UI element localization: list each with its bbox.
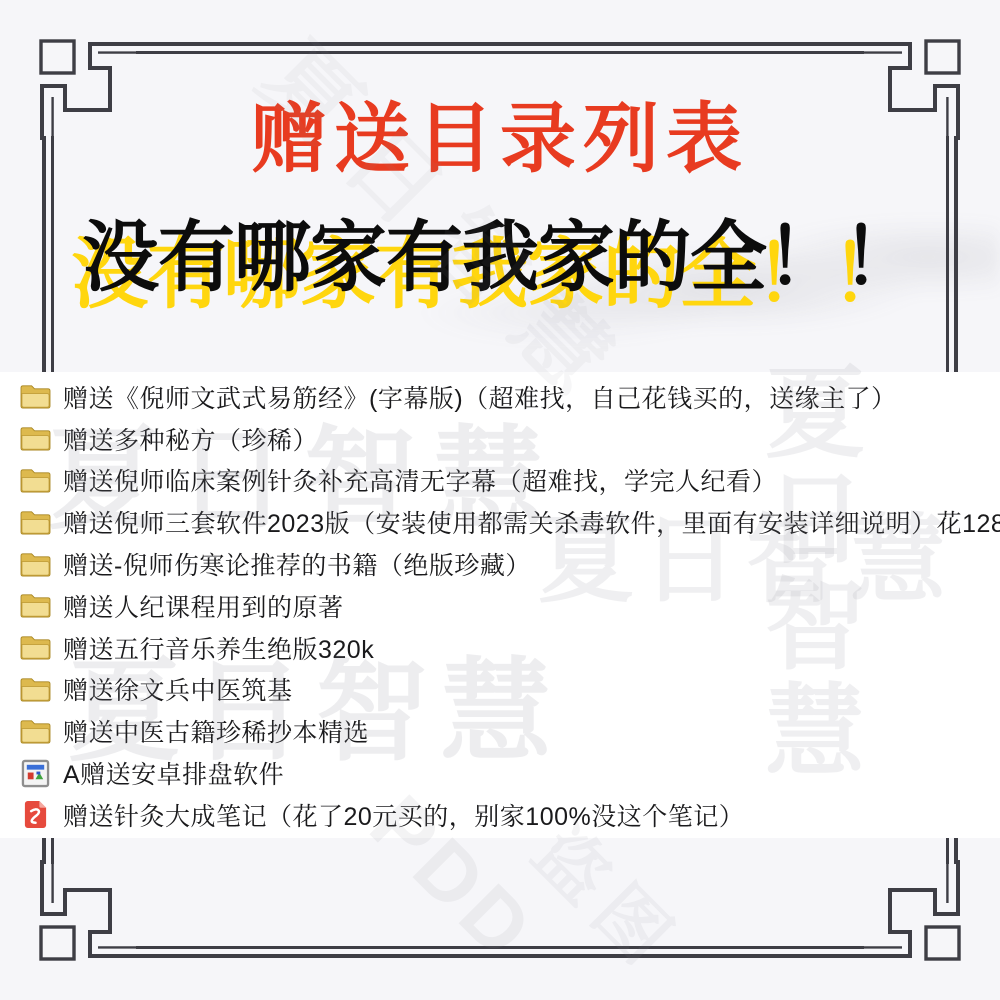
file-list-item: 赠送倪师临床案例针灸补充高清无字幕（超难找，学完人纪看） [18,460,1000,502]
app-window-icon [18,758,52,788]
gift-list: 赠送《倪师文武式易筋经》(字幕版)（超难找，自己花钱买的，送缘主了） 赠送多种秘… [18,376,1000,836]
file-list-item: 赠送-倪师伤寒论推荐的书籍（绝版珍藏） [18,543,1000,585]
folder-icon [18,382,52,412]
frame-border-bottom [136,954,864,958]
file-name: 赠送中医古籍珍稀抄本精选 [63,713,369,749]
folder-icon [18,549,52,579]
file-list-item: 赠送徐文兵中医筑基 [18,669,1000,711]
file-list-item: 赠送倪师三套软件2023版（安装使用都需关杀毒软件，里面有安装详细说明）花128… [18,501,1000,543]
file-list-item: A赠送安卓排盘软件 [18,752,1000,794]
folder-icon [18,716,52,746]
frame-border-bottom-inner [136,946,864,948]
folder-icon [18,591,52,621]
folder-icon [18,465,52,495]
frame-border-top [136,42,864,46]
file-name: 赠送《倪师文武式易筋经》(字幕版)（超难找，自己花钱买的，送缘主了） [63,379,897,415]
file-name: 赠送-倪师伤寒论推荐的书籍（绝版珍藏） [63,546,531,582]
folder-icon [18,674,52,704]
folder-icon [18,507,52,537]
file-name: 赠送倪师三套软件2023版（安装使用都需关杀毒软件，里面有安装详细说明）花128… [63,504,1000,540]
file-list-item: 赠送针灸大成笔记（花了20元买的，别家100%没这个笔记） [18,794,1000,836]
file-list-item: 赠送五行音乐养生绝版320k [18,627,1000,669]
file-name: 赠送五行音乐养生绝版320k [63,630,374,666]
poster-subtitle: 没有哪家有我家的全！！ 没有哪家有我家的全！！ [0,212,1000,304]
frame-corner-ornament [0,860,140,1000]
subtitle-text: 没有哪家有我家的全！！ [0,212,1000,304]
frame-border-top-inner [136,51,864,53]
file-name: 赠送多种秘方（珍稀） [63,421,318,457]
poster-title: 赠送目录列表 [0,98,1000,182]
folder-icon [18,633,52,663]
file-name: 赠送人纪课程用到的原著 [63,588,344,624]
pdf-document-icon [18,800,52,830]
file-list-item: 赠送《倪师文武式易筋经》(字幕版)（超难找，自己花钱买的，送缘主了） [18,376,1000,418]
promo-poster: 赠送目录列表 没有哪家有我家的全！！ 没有哪家有我家的全！！ 赠送《倪师文武式易… [0,0,1000,1000]
file-name: 赠送倪师临床案例针灸补充高清无字幕（超难找，学完人纪看） [63,462,777,498]
frame-corner-ornament [860,860,1000,1000]
file-name: A赠送安卓排盘软件 [63,755,284,791]
file-name: 赠送针灸大成笔记（花了20元买的，别家100%没这个笔记） [63,797,744,833]
file-list-item: 赠送中医古籍珍稀抄本精选 [18,710,1000,752]
file-name: 赠送徐文兵中医筑基 [63,671,293,707]
folder-icon [18,424,52,454]
file-list-item: 赠送多种秘方（珍稀） [18,418,1000,460]
file-list-item: 赠送人纪课程用到的原著 [18,585,1000,627]
